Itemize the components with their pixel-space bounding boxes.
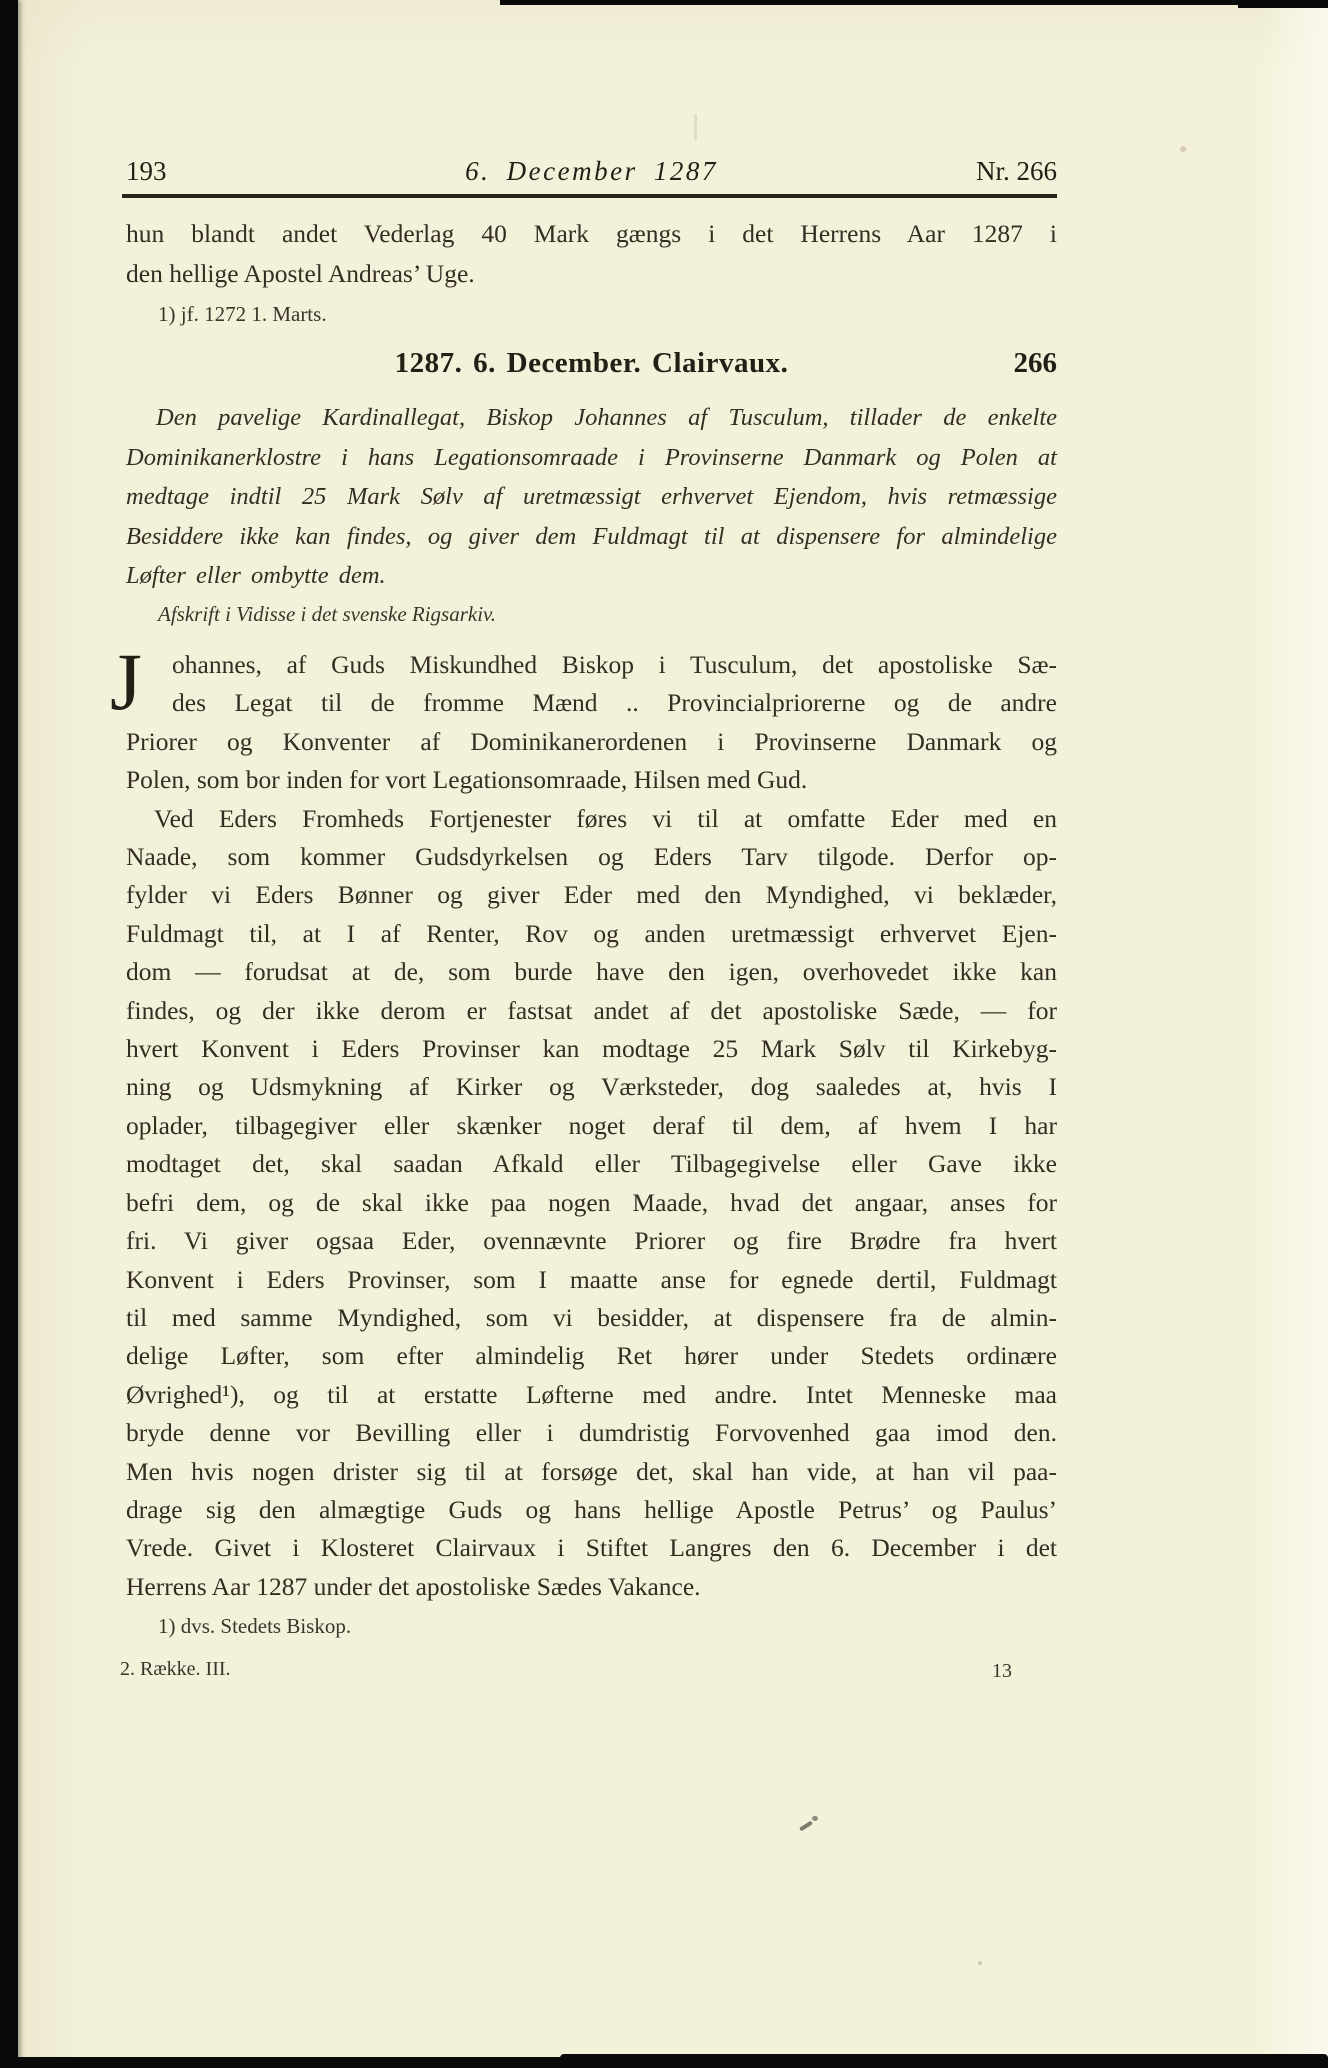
entry-heading: 1287. 6. December. Clairvaux. (126, 347, 1057, 380)
previous-entry-text: hun blandt andet Vederlag 40 Mark gængs … (126, 214, 1057, 294)
scan-edge-bottom-thick (560, 2054, 1328, 2068)
body-line: ning og Udsmykning af Kirker og Værksted… (126, 1068, 1057, 1106)
page-edge-highlight (1258, 0, 1328, 2068)
body-line: bryde denne vor Bevilling eller i dumdri… (126, 1414, 1057, 1452)
entry-body: J ohannes, af Guds Miskundhed Biskop i T… (126, 646, 1057, 1606)
text-line: hun blandt andet Vederlag 40 Mark gængs … (126, 214, 1057, 254)
body-line: dom — forudsat at de, som burde have den… (126, 953, 1057, 991)
body-line: modtaget det, skal saadan Afkald eller T… (126, 1145, 1057, 1183)
body-line: Polen, som bor inden for vort Legationso… (126, 761, 1057, 799)
entry-number: 266 (1014, 347, 1058, 380)
page-number: 193 (126, 156, 306, 187)
summary-line: Besiddere ikke kan findes, og giver dem … (126, 517, 1057, 557)
body-line: Ved Eders Fromheds Fortjenester føres vi… (126, 800, 1057, 838)
body-line: Fuldmagt til, at I af Renter, Rov og and… (126, 915, 1057, 953)
body-line: delige Løfter, som efter almindelig Ret … (126, 1337, 1057, 1375)
scan-edge-left (0, 0, 18, 2068)
footnote-entry: 1) dvs. Stedets Biskop. (158, 1614, 351, 1639)
footnote-previous-entry: 1) jf. 1272 1. Marts. (158, 302, 327, 327)
scan-speck (978, 1961, 982, 1965)
body-line: Naade, som kommer Gudsdyrkelsen og Eders… (126, 838, 1057, 876)
body-line: ohannes, af Guds Miskundhed Biskop i Tus… (126, 646, 1057, 684)
body-paragraph-2: Ved Eders Fromheds Fortjenester føres vi… (126, 800, 1057, 1607)
body-line: findes, og der ikke derom er fastsat and… (126, 992, 1057, 1030)
body-line: oplader, tilbagegiver eller skænker noge… (126, 1107, 1057, 1145)
scan-speck (1180, 146, 1186, 152)
body-paragraph-1: ohannes, af Guds Miskundhed Biskop i Tus… (126, 646, 1057, 800)
body-line: des Legat til de fromme Mænd .. Provinci… (126, 684, 1057, 722)
body-line: fylder vi Eders Bønner og giver Eder med… (126, 876, 1057, 914)
scan-edge-top (500, 0, 1328, 5)
scanned-book-page: { "colors":{ "paper":"#f4f1da", "ink":"#… (0, 0, 1328, 2068)
body-line: fri. Vi giver ogsaa Eder, ovennævnte Pri… (126, 1222, 1057, 1260)
body-line: drage sig den almægtige Guds og hans hel… (126, 1491, 1057, 1529)
source-note: Afskrift i Vidisse i det svenske Rigsark… (158, 602, 496, 627)
body-line: Konvent i Eders Provinser, som I maatte … (126, 1261, 1057, 1299)
body-line: hvert Konvent i Eders Provinser kan modt… (126, 1030, 1057, 1068)
body-line: til med samme Myndighed, som vi besidder… (126, 1299, 1057, 1337)
body-line: befri dem, og de skal ikke paa nogen Maa… (126, 1184, 1057, 1222)
entry-number-label: Nr. 266 (877, 156, 1057, 187)
summary-line: medtage indtil 25 Mark Sølv af uretmæssi… (126, 477, 1057, 517)
body-line: Herrens Aar 1287 under det apostoliske S… (126, 1568, 1057, 1606)
summary-line: Den pavelige Kardinallegat, Biskop Johan… (126, 398, 1057, 438)
running-title: 6. December 1287 (306, 156, 877, 187)
header-rule (122, 194, 1057, 198)
entry-heading-row: 1287. 6. December. Clairvaux. 266 (126, 347, 1057, 380)
page-header: 193 6. December 1287 Nr. 266 (126, 156, 1057, 187)
drop-cap: J (110, 641, 142, 723)
scan-edge-top-corner (1238, 0, 1328, 8)
summary-line: Løfter eller ombytte dem. (126, 556, 1057, 596)
summary-line: Dominikanerklostre i hans Legationsomraa… (126, 438, 1057, 478)
body-line: Men hvis nogen drister sig til at forsøg… (126, 1453, 1057, 1491)
scan-speck (799, 1821, 813, 1832)
footer-sheet-number: 13 (992, 1660, 1012, 1683)
page-footer: 2. Række. III. 13 (120, 1658, 1051, 1681)
body-line: Øvrighed¹), og til at erstatte Løfterne … (126, 1376, 1057, 1414)
entry-summary: Den pavelige Kardinallegat, Biskop Johan… (126, 398, 1057, 596)
scan-speck (694, 114, 697, 140)
body-line: Vrede. Givet i Klosteret Clairvaux i Sti… (126, 1529, 1057, 1567)
text-line: den hellige Apostel Andreas’ Uge. (126, 254, 1057, 294)
body-line: Priorer og Konventer af Dominikanerorden… (126, 723, 1057, 761)
footer-volume: 2. Række. III. (120, 1658, 231, 1680)
scan-speck (812, 1816, 818, 1821)
